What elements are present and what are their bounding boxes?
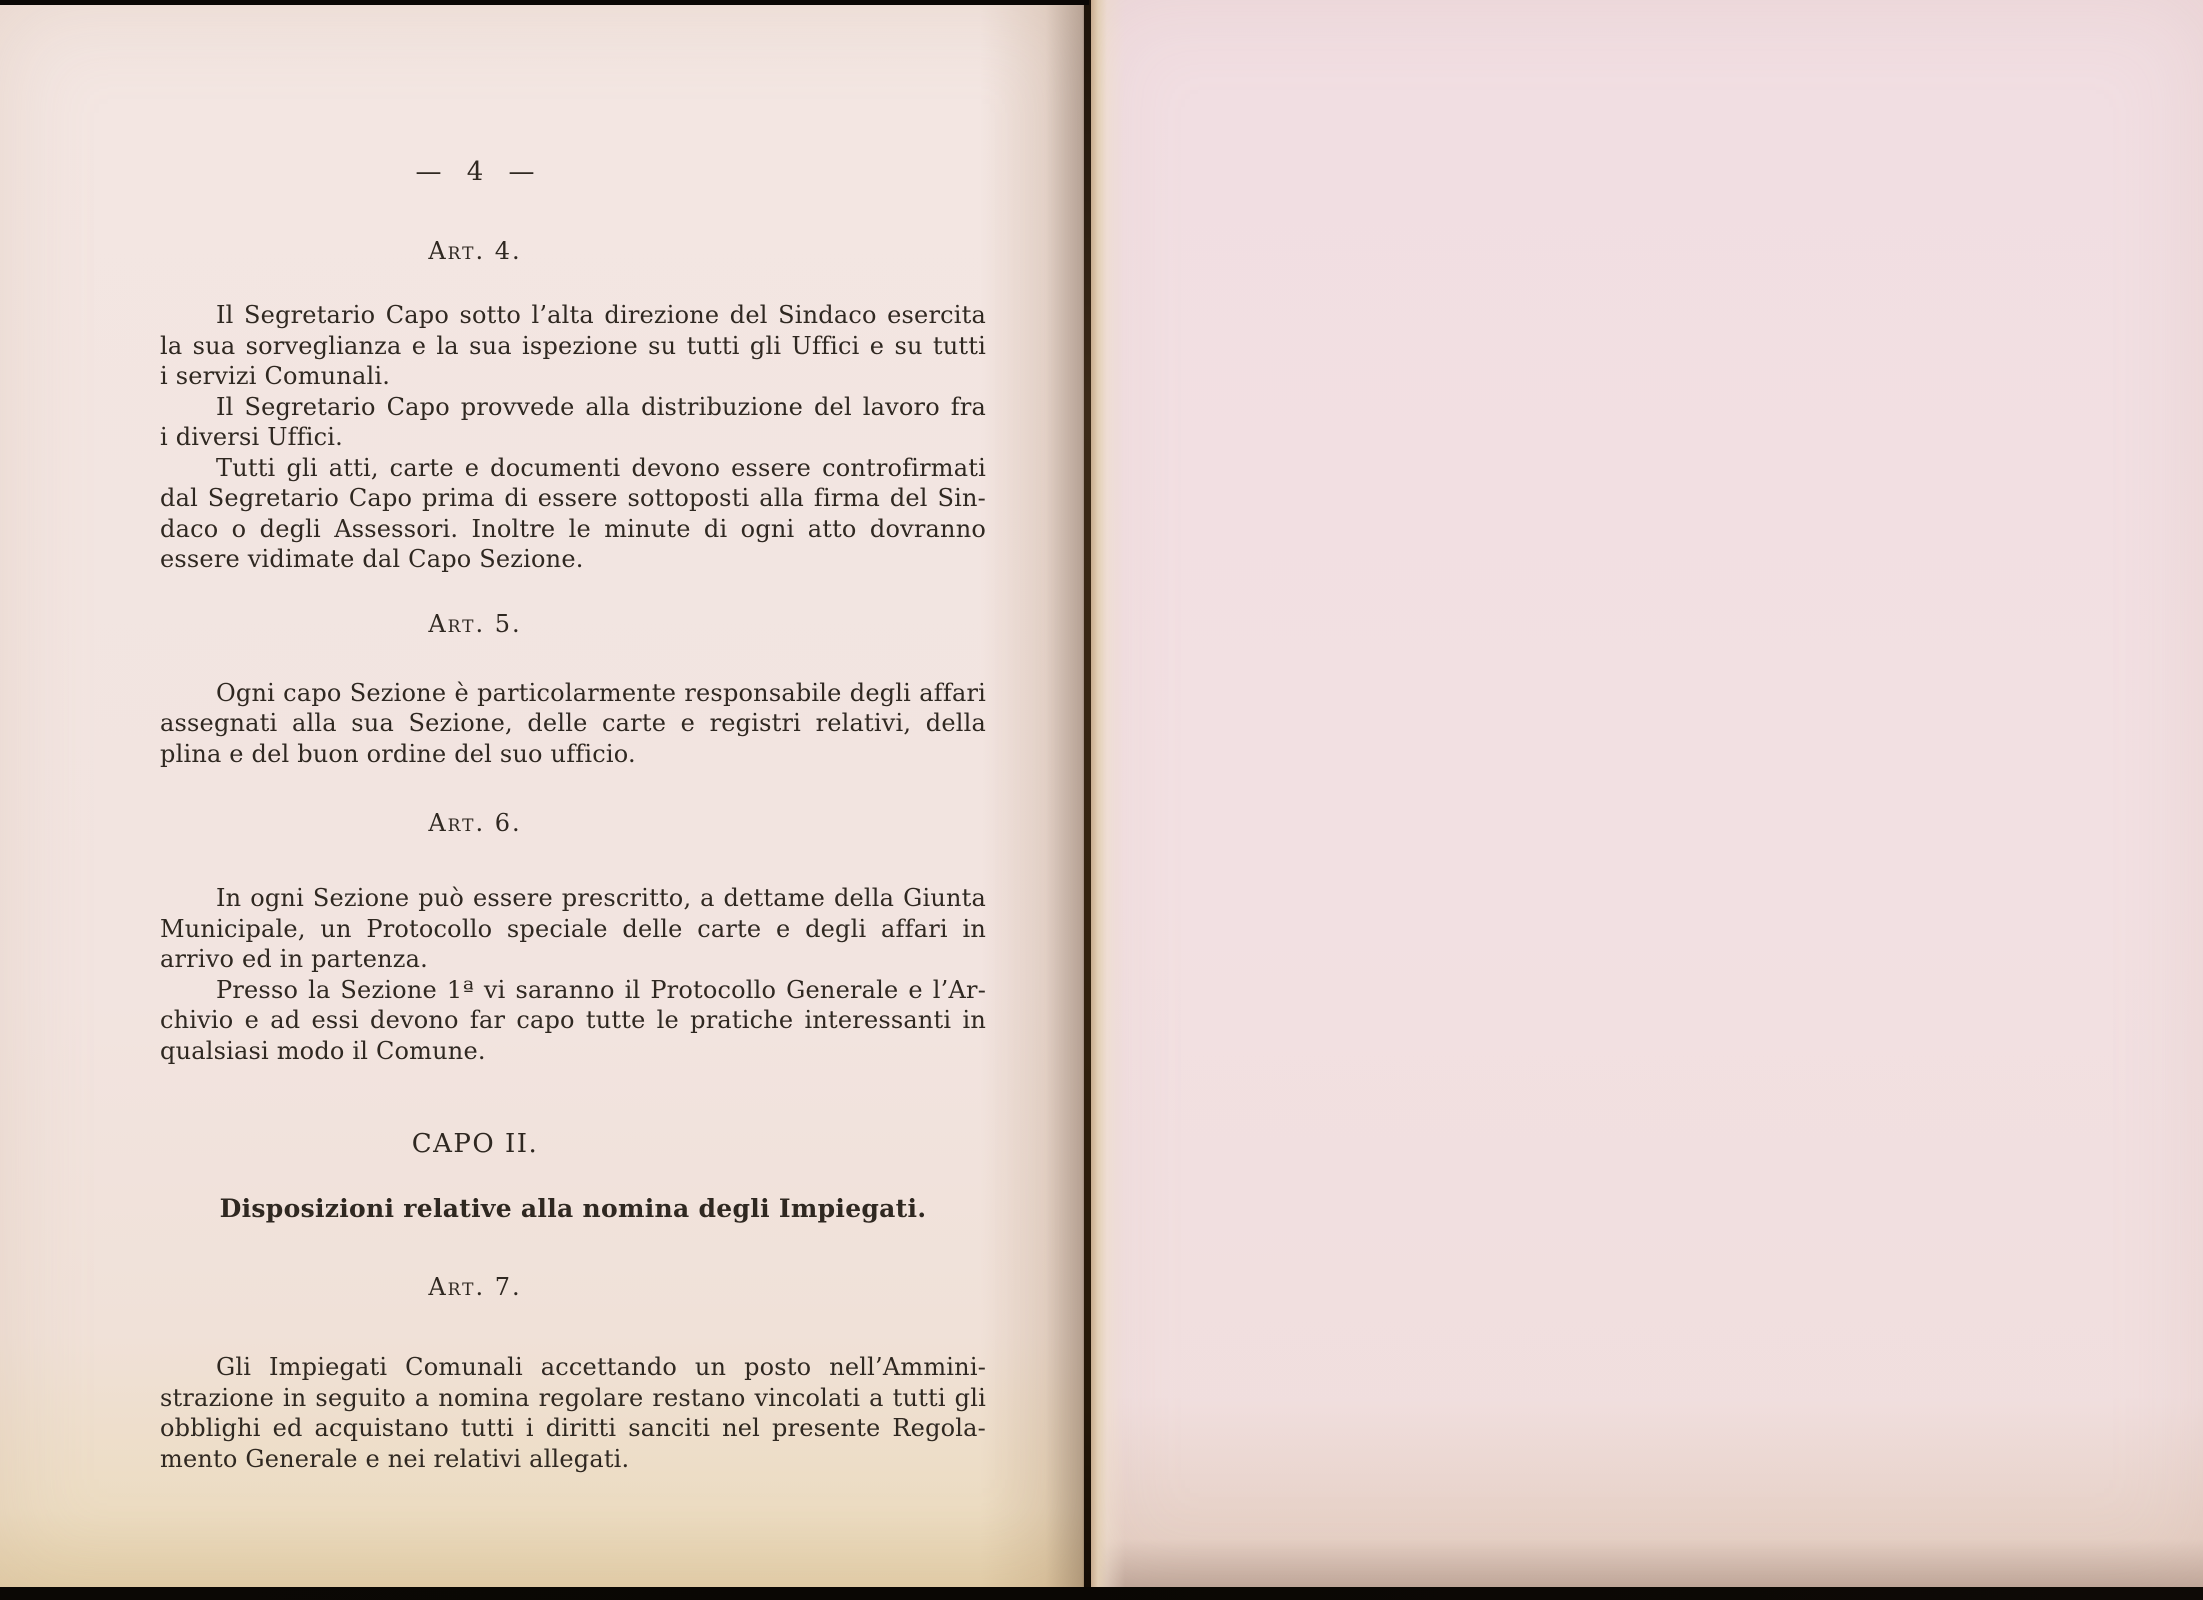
text-line: plina e del buon ordine del suo ufficio. xyxy=(160,739,986,770)
text-line: i diversi Uffici. xyxy=(160,422,986,453)
text-line: Tutti gli atti, carte e documenti devono… xyxy=(160,453,986,484)
chapter-title: Disposizioni relative alla nomina degli … xyxy=(160,1192,986,1226)
paragraph: Il Segretario Capo sotto l’alta direzion… xyxy=(160,300,986,392)
text-line: qualsiasi modo il Comune. xyxy=(160,1036,986,1067)
text-line: dal Segretario Capo prima di essere sott… xyxy=(160,483,986,514)
text-line: obblighi ed acquistano tutti i diritti s… xyxy=(160,1413,986,1444)
text-line: mento Generale e nei relativi allegati. xyxy=(160,1444,986,1475)
article-heading: Art. 5. xyxy=(160,609,790,640)
text-line: chivio e ad essi devono far capo tutte l… xyxy=(160,1005,986,1036)
text-line: Gli Impiegati Comunali accettando un pos… xyxy=(160,1352,986,1383)
book-gutter xyxy=(1084,0,1091,1600)
text-line: Il Segretario Capo sotto l’alta direzion… xyxy=(160,300,986,331)
book-spread-scan: — 4 —Art. 4.Il Segretario Capo sotto l’a… xyxy=(0,0,2203,1600)
text-line: essere vidimate dal Capo Sezione. xyxy=(160,544,986,575)
text-line: la sua sorveglianza e la sua ispezione s… xyxy=(160,331,986,362)
paragraph: Il Segretario Capo provvede alla distrib… xyxy=(160,392,986,453)
scan-edge-bottom xyxy=(0,1587,2203,1600)
page-5-scan: — 5 —Art. 8.La nomina degli Impiegati Co… xyxy=(1091,0,2203,1587)
article-heading: Art. 4. xyxy=(160,236,790,267)
paragraph: Gli Impiegati Comunali accettando un pos… xyxy=(160,1352,986,1474)
page-number: — 4 — xyxy=(160,157,790,188)
chapter-heading: CAPO II. xyxy=(160,1127,790,1161)
text-line: Ogni capo Sezione è particolarmente resp… xyxy=(160,678,986,709)
article-heading: Art. 7. xyxy=(160,1272,790,1303)
text-line: strazione in seguito a nomina regolare r… xyxy=(160,1383,986,1414)
text-line: Municipale, un Protocollo speciale delle… xyxy=(160,914,986,945)
page-4-scan: — 4 —Art. 4.Il Segretario Capo sotto l’a… xyxy=(0,5,1089,1587)
text-line: assegnati alla sua Sezione, delle carte … xyxy=(160,708,986,739)
text-line: i servizi Comunali. xyxy=(160,361,986,392)
text-line: In ogni Sezione può essere prescritto, a… xyxy=(160,883,986,914)
paragraph: Ogni capo Sezione è particolarmente resp… xyxy=(160,678,986,770)
text-line: Presso la Sezione 1ª vi saranno il Proto… xyxy=(160,975,986,1006)
paragraph: Presso la Sezione 1ª vi saranno il Proto… xyxy=(160,975,986,1067)
paragraph: Tutti gli atti, carte e documenti devono… xyxy=(160,453,986,575)
page-4-text-column: — 4 —Art. 4.Il Segretario Capo sotto l’a… xyxy=(160,5,986,1474)
text-line: daco o degli Assessori. Inoltre le minut… xyxy=(160,514,986,545)
scan-edge-top xyxy=(0,0,1089,5)
text-line: arrivo ed in partenza. xyxy=(160,944,986,975)
text-line: Il Segretario Capo provvede alla distrib… xyxy=(160,392,986,423)
paragraph: In ogni Sezione può essere prescritto, a… xyxy=(160,883,986,975)
article-heading: Art. 6. xyxy=(160,808,790,839)
